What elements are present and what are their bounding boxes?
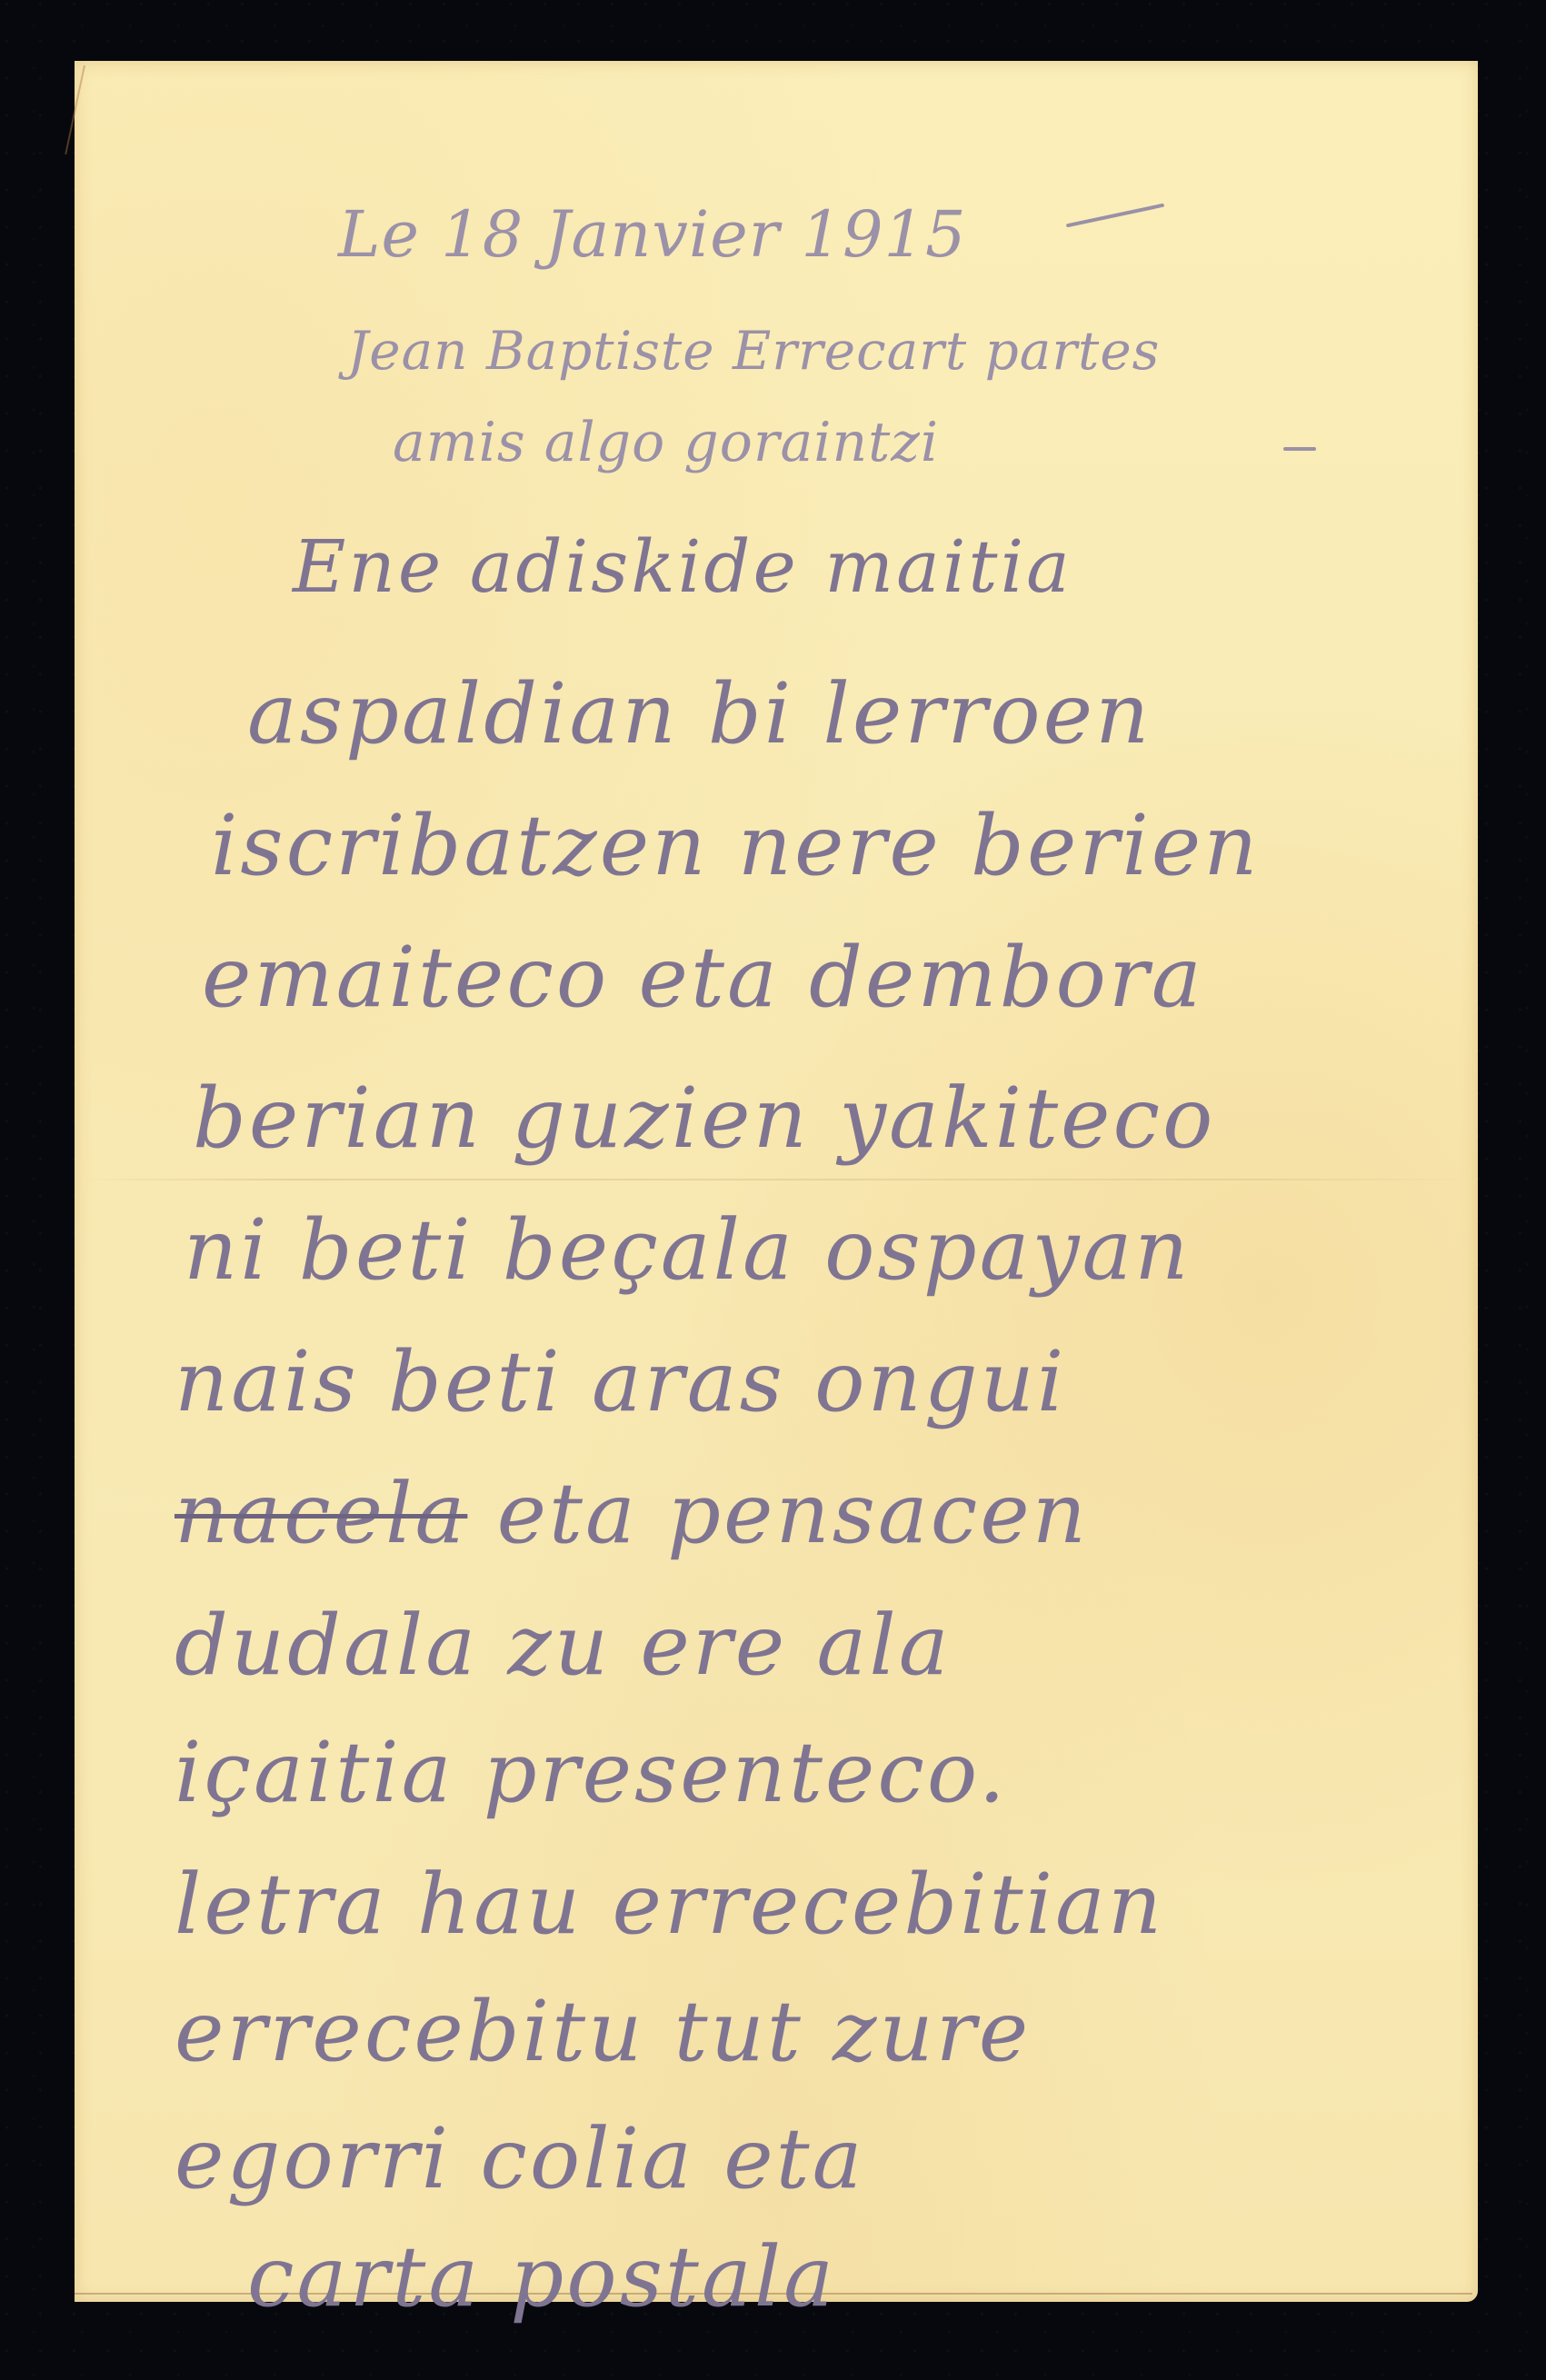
date-flourish xyxy=(1066,204,1164,228)
body-line-13: egorri colia eta xyxy=(175,2110,864,2207)
struck-word: nacela xyxy=(175,1465,467,1562)
body-line-14: carta postala xyxy=(247,2228,836,2325)
place-flourish xyxy=(1283,447,1316,451)
body-line-1: Ene adiskide maitia xyxy=(293,524,1072,609)
body-line-7: nais beti aras ongui xyxy=(175,1333,1066,1430)
body-line-9: dudala zu ere ala xyxy=(175,1597,952,1694)
body-line-4: emaiteco eta dembora xyxy=(202,929,1204,1026)
body-line-11: letra hau errecebitian xyxy=(175,1856,1164,1953)
letter-page: Le 18 Janvier 1915 Jean Baptiste Errecar… xyxy=(75,61,1478,2302)
body-line-8-rest: eta pensacen xyxy=(467,1465,1089,1562)
body-line-2: aspaldian bi lerroen xyxy=(247,665,1152,762)
body-line-12: errecebitu tut zure xyxy=(175,1983,1031,2080)
body-line-8: nacela eta pensacen xyxy=(175,1465,1089,1562)
place-line: amis algo goraintzi xyxy=(393,411,939,474)
author-line: Jean Baptiste Errecart partes xyxy=(347,320,1160,382)
letter-text: Le 18 Janvier 1915 Jean Baptiste Errecar… xyxy=(75,61,1478,2302)
body-line-5: berian guzien yakiteco xyxy=(193,1070,1215,1167)
body-line-3: iscribatzen nere berien xyxy=(211,797,1261,894)
body-line-10: içaitia presenteco. xyxy=(175,1724,1008,1821)
body-line-6: ni beti beçala ospayan xyxy=(184,1201,1192,1299)
date-line: Le 18 Janvier 1915 xyxy=(338,197,967,272)
